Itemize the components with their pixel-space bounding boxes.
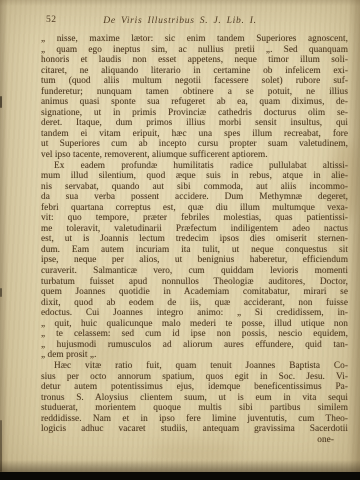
text-line: quem Joannes quotidie in Academiam comit… [41, 287, 348, 298]
text-line: signatione, ut in primis Provinciæ cathe… [41, 108, 348, 119]
text-line: vel ipso tacente, removerent, aliumque s… [41, 150, 348, 161]
page-bottom-shadow [0, 460, 360, 472]
text-line: „ nisse, maxime lætor: sic enim tandem S… [41, 34, 348, 45]
scan-edge-right [348, 0, 360, 480]
text-line: animus quasi sponte sua refugeret ab ea,… [41, 97, 348, 108]
text-line: ut Superiores cum ab incepto cursu propt… [41, 139, 348, 150]
text-line: honoris et laudis non esset appetens, ne… [41, 55, 348, 66]
text-line: funderetur; nunquam tamen obtinere a se … [41, 87, 348, 98]
page-header: 52 De Viris Illustribus S. J. Lib. I. [0, 15, 360, 28]
text-line: dixit, quod ab eodem de iis, quæ accider… [41, 298, 348, 309]
page-paper: 52 De Viris Illustribus S. J. Lib. I. „ … [0, 0, 360, 480]
text-line: sius per octo annorum spatium, quos egit… [41, 372, 348, 383]
scan-edge-top [0, 0, 360, 6]
text-line: Ex eadem profundæ humilitatis radice pul… [41, 161, 348, 172]
text-line: dum. Eam autem incuriam ita tulit, ut ne… [41, 245, 348, 256]
text-line: vit: quo tempore, præter febriles molest… [41, 213, 348, 224]
text-line: curaverit. Salmanticæ vero, cum quiddam … [41, 266, 348, 277]
scan-edge-left [0, 0, 8, 480]
text-block: „ nisse, maxime lætor: sic enim tandem S… [41, 34, 348, 445]
text-line: reddidisse. Nam et in ipso fere limine j… [41, 414, 348, 425]
text-line: est, ut is Joannis lectum tredecim ipsos… [41, 234, 348, 245]
scan-artifact [0, 420, 2, 472]
scan-artifact [0, 288, 2, 297]
text-line: „ te celassem: sed cum id ipse non possi… [41, 329, 348, 340]
text-line: detur autem potentissimus ejus, idemque … [41, 382, 348, 393]
text-line: tandem ei vitam eripuit, hæc una spes il… [41, 129, 348, 140]
body-lines: „ nisse, maxime lætor: sic enim tandem S… [41, 34, 348, 435]
text-line: „ quam ego ineptus sim, ac nullius preti… [41, 45, 348, 56]
scan-black-bar [0, 472, 360, 480]
text-line: deret. Itaque, dum primos illius morbi s… [41, 118, 348, 129]
text-line: edoctus. Cui Joannes integro animo: „ Si… [41, 308, 348, 319]
running-title: De Viris Illustribus S. J. Lib. I. [0, 15, 360, 26]
text-line: nis servabat, quando aut sibi commoda, a… [41, 182, 348, 193]
text-line: ipse, neque per alios, ut benignius habe… [41, 255, 348, 266]
text-line: Hæc vitæ ratio fuit, quam tenuit Joannes… [41, 361, 348, 372]
text-line: febri quartana correptus est, quæ diu il… [41, 203, 348, 214]
text-line: „ hujusmodi rumusculos ad aliorum aures … [41, 340, 348, 351]
text-line: tum (quod aliis multum negotii facessere… [41, 76, 348, 87]
text-line: studuerat, morientem quoque multis sibi … [41, 403, 348, 414]
scanned-book-page: 52 De Viris Illustribus S. J. Lib. I. „ … [0, 0, 360, 480]
text-line: tronus S. Aloysius clientem suum, ut is … [41, 393, 348, 404]
text-line: „ dem prosit „. [41, 350, 348, 361]
text-line: logicis adhuc vacaret studiis, antequam … [41, 424, 348, 435]
text-line: „ quit, huic qualicunque malo mederi te … [41, 319, 348, 330]
catchword: one- [41, 435, 348, 446]
text-line: turbatum fuisset apud nonnullos Theologi… [41, 277, 348, 288]
text-line: da sua verba possent accidere. Dum Methy… [41, 192, 348, 203]
text-line: mum illud silentium, quod æque suis in r… [41, 171, 348, 182]
text-line: citaret, ne aliquando literario in certa… [41, 66, 348, 77]
scan-artifact [0, 96, 2, 108]
text-line: me toleravit, valetudinarii Præfectum in… [41, 224, 348, 235]
